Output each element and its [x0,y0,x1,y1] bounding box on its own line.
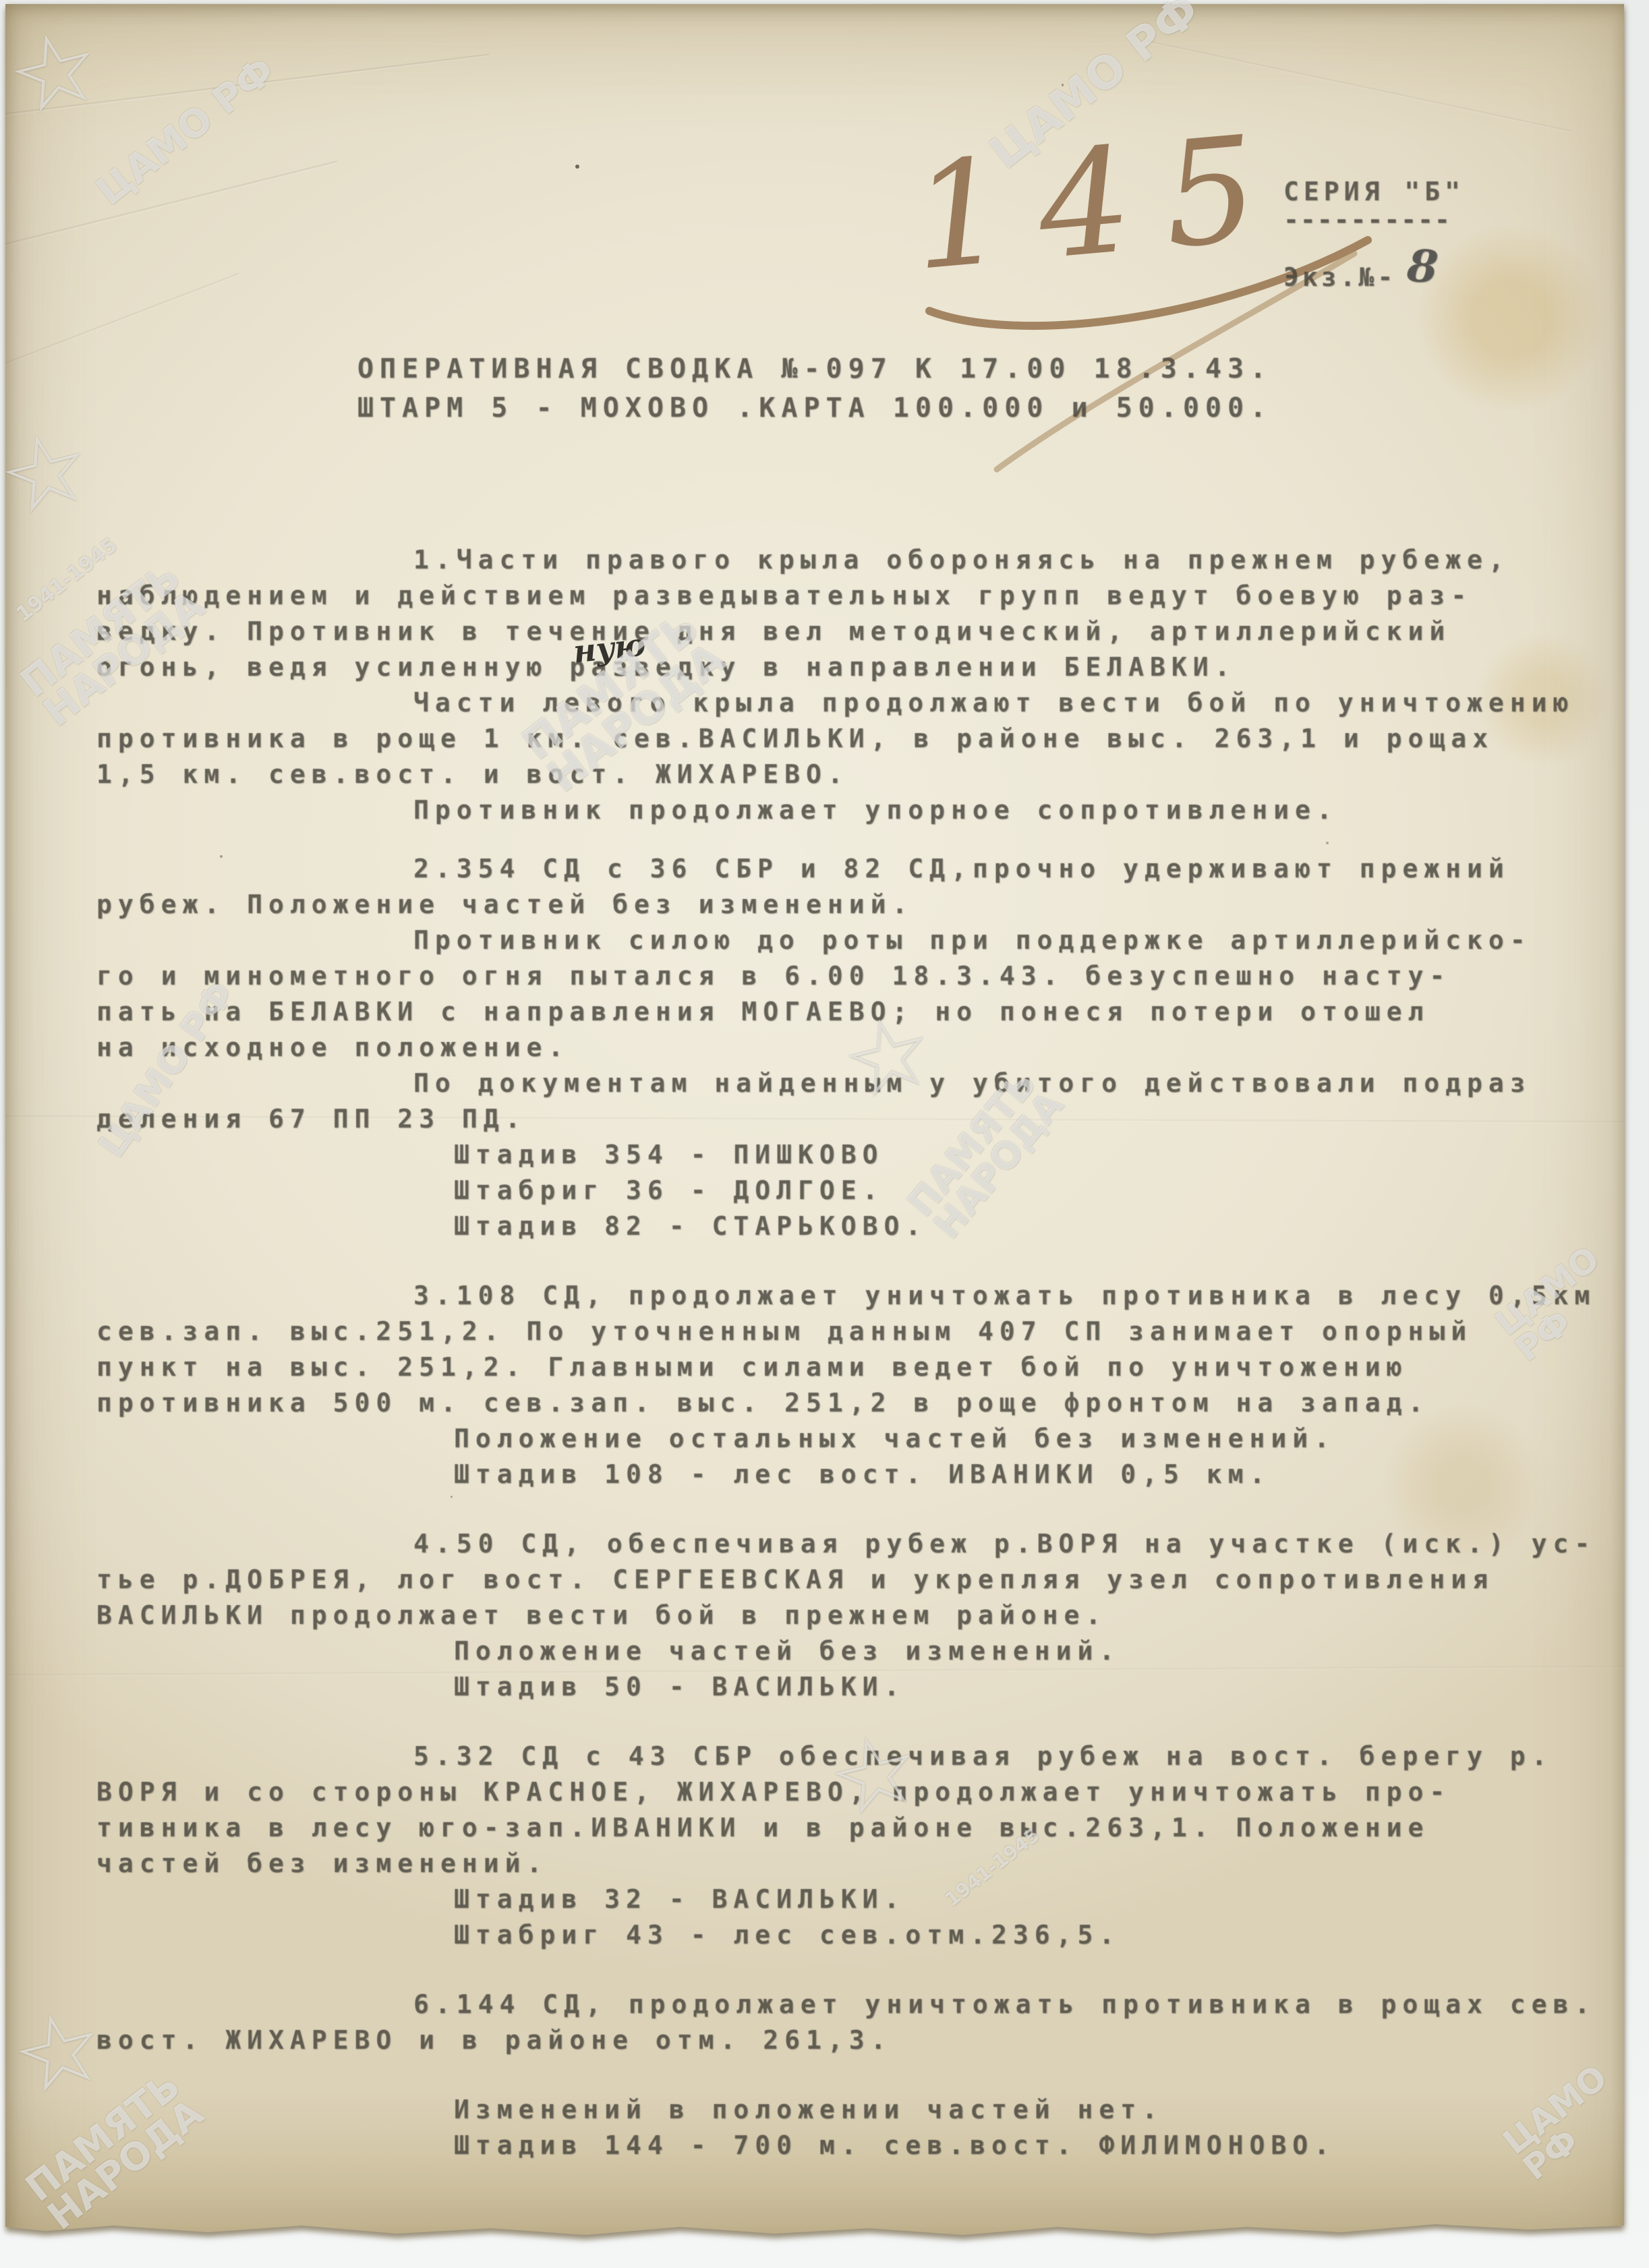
handwritten-page-number: 145 [906,101,1297,303]
paper-speck [1062,84,1064,86]
doc-line: наблюдением и действием разведывательных… [96,578,1570,614]
doc-line: Штадив 50 - ВАСИЛЬКИ. [96,1669,1570,1705]
doc-line: Штабриг 43 - лес сев.отм.236,5. [96,1917,1570,1953]
doc-line: Изменений в положении частей нет. [96,2092,1570,2128]
doc-line: пункт на выс. 251,2. Главными силами вед… [96,1349,1570,1385]
document-title: ОПЕРАТИВНАЯ СВОДКА №-097 К 17.00 18.3.43… [5,349,1624,428]
doc-line: 6.144 СД, продолжает уничтожать противни… [96,1987,1570,2023]
doc-line: 4.50 СД, обеспечивая рубеж р.ВОРЯ на уча… [96,1526,1570,1562]
paper-shadow-wrap: 145 СЕРИЯ "Б" ---------- Экз.№-8 ОПЕРАТИ… [0,0,1649,2268]
scan-backdrop: 145 СЕРИЯ "Б" ---------- Экз.№-8 ОПЕРАТИ… [0,0,1649,2268]
paper-crease [1143,39,1573,133]
paper-speck [575,165,579,169]
series-stamp: СЕРИЯ "Б" [1283,177,1465,206]
title-line-1: ОПЕРАТИВНАЯ СВОДКА №-097 К 17.00 18.3.43… [5,349,1624,388]
doc-line: 2.354 СД с 36 СБР и 82 СД,прочно удержив… [96,851,1570,887]
doc-line: ВОРЯ и со стороны КРАСНОЕ, ЖИХАРЕВО, про… [96,1774,1570,1810]
doc-line: пать на БЕЛАВКИ с направления МОГАЕВО; н… [96,994,1570,1030]
doc-line: Штадив 354 - ПИШКОВО [96,1137,1570,1173]
doc-line: деления 67 ПП 23 ПД. [96,1101,1570,1137]
copy-label: Экз.№- [1283,262,1396,292]
doc-lines: 1.Части правого крыла обороняясь на преж… [96,542,1570,2163]
doc-line: Противник продолжает упорное сопротивлен… [96,792,1570,828]
doc-line: ВАСИЛЬКИ продолжает вести бой в прежнем … [96,1598,1570,1633]
title-line-2: ШТАРМ 5 - МОХОВО .КАРТА 100.000 и 50.000… [5,388,1624,428]
doc-line: Положение остальных частей без изменений… [96,1421,1570,1457]
doc-line: вост. ЖИХАРЕВО и в районе отм. 261,3. [96,2023,1570,2058]
doc-line: 5.32 СД с 43 СБР обеспечивая рубеж на во… [96,1739,1570,1774]
doc-line: Штадив 32 - ВАСИЛЬКИ. [96,1882,1570,1917]
series-underline: ---------- [1283,205,1451,235]
doc-line: Противник силою до роты при поддержке ар… [96,923,1570,958]
doc-line: Штадив 108 - лес вост. ИВАНИКИ 0,5 км. [96,1457,1570,1492]
handwritten-copy-number: 8 [1406,239,1443,293]
doc-line: Положение частей без изменений. [96,1633,1570,1669]
doc-line: Штадив 144 - 700 м. сев.вост. ФИЛИМОНОВО… [96,2128,1570,2163]
doc-line: огонь, ведя усиленную разведку в направл… [96,649,1570,685]
paper-crease [0,54,489,119]
doc-line: противника в роще 1 км. сев.ВАСИЛЬКИ, в … [96,721,1570,757]
doc-line: 1,5 км. сев.вост. и вост. ЖИХАРЕВО. [96,757,1570,792]
doc-line: го и минометного огня пытался в 6.00 18.… [96,958,1570,994]
paper-crease [0,161,337,254]
doc-line: 3.108 СД, продолжает уничтожать противни… [96,1278,1570,1314]
doc-line: 1.Части правого крыла обороняясь на преж… [96,542,1570,578]
document-page: 145 СЕРИЯ "Б" ---------- Экз.№-8 ОПЕРАТИ… [5,4,1624,2247]
doc-line: на исходное положение. [96,1030,1570,1066]
doc-line: Части левого крыла продолжают вести бой … [96,685,1570,721]
copy-number-line: Экз.№-8 [1283,244,1441,297]
doc-line: сев.зап. выс.251,2. По уточненным данным… [96,1314,1570,1349]
doc-line: тье р.ДОБРЕЯ, лог вост. СЕРГЕЕВСКАЯ и ук… [96,1562,1570,1598]
doc-line: рубеж. Положение частей без изменений. [96,887,1570,923]
doc-line: ведку. Противник в течение дня вел метод… [96,614,1570,649]
doc-line: Штабриг 36 - ДОЛГОЕ. [96,1173,1570,1209]
handwritten-strokes [815,98,1455,530]
doc-line: По документам найденным у убитого действ… [96,1066,1570,1101]
doc-line: частей без изменений. [96,1846,1570,1882]
doc-line: противника 500 м. сев.зап. выс. 251,2 в … [96,1385,1570,1421]
doc-line: Штадив 82 - СТАРЬКОВО. [96,1209,1570,1244]
doc-line: тивника в лесу юго-зап.ИВАНИКИ и в район… [96,1810,1570,1846]
